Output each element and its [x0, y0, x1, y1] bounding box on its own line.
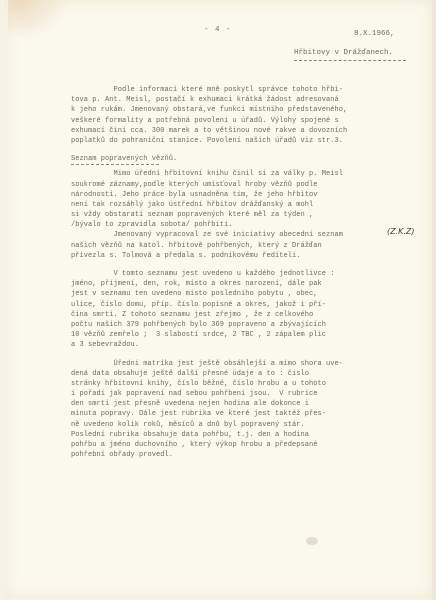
text-line: pohřbu a jméno duchovního , který výkop …	[71, 440, 416, 450]
text-line: počtu našich 379 pohřbených bylo 369 pop…	[71, 320, 416, 330]
text-line: Jmenovaný vypracoval ze své iniciativy a…	[71, 230, 416, 240]
text-line: tova p. Ant. Meisl, postačí k exhumaci k…	[71, 95, 416, 105]
text-line: ulice, číslo domu, příp. číslo popisné a…	[71, 300, 416, 310]
document-place-heading: Hřbitovy v Drážďanech.	[294, 49, 393, 57]
text-line: Mimo úřední hřbitovní knihu činil si za …	[71, 169, 416, 179]
text-line: a 3 sebevraždou.	[71, 340, 416, 350]
document-page: - 4 - 8.X.1966, Hřbitovy v Drážďanech. P…	[4, 0, 432, 598]
text-line: národnosti. Jeho práce byla usnadněna tí…	[71, 190, 416, 200]
text-line: k jeho rukám. Jmenovaný obstará,ve funkc…	[71, 105, 416, 115]
text-line: Úřední matrika jest ještě obsáhlejší a m…	[71, 359, 416, 369]
text-line: čina smrti. Z tohoto seznamu jest zřejmo…	[71, 310, 416, 320]
handwritten-margin-note: (Z.K.Z)	[387, 227, 415, 236]
text-line: dená data obsahuje ještě další přesné úd…	[71, 369, 416, 379]
text-line: /bývalo to zpravidla sobota/ pohřbíti.	[71, 220, 416, 230]
paragraph-1: Podle informací které mně poskytl správc…	[71, 85, 416, 146]
text-line: není tak rozsáhlý jako ústřední hřbitov …	[71, 200, 416, 210]
text-line: Podle informací které mně poskytl správc…	[71, 85, 416, 95]
document-body: Podle informací které mně poskytl správc…	[71, 85, 416, 460]
page-number: - 4 -	[204, 26, 232, 34]
scan-edge	[432, 0, 436, 600]
document-date: 8.X.1966,	[354, 30, 395, 38]
text-line: jest v seznamu ten uvedeno místo posledn…	[71, 289, 416, 299]
text-line: ně uvedeno kolik roků, měsíců a dnů byl …	[71, 420, 416, 430]
text-line: veškeré formality a potřebná povolení u …	[71, 116, 416, 126]
section-heading: Seznam popravených vězňů.	[71, 154, 416, 164]
paragraph-2: Mimo úřední hřbitovní knihu činil si za …	[71, 169, 416, 230]
paper-blemish	[306, 537, 318, 545]
text-line: poplatků do pohraniční stanice. Povolení…	[71, 136, 416, 146]
text-line: pohřební obřady provedl.	[71, 450, 416, 460]
paragraph-3: Jmenovaný vypracoval ze své iniciativy a…	[71, 230, 416, 261]
paper-stain	[8, 0, 68, 40]
text-line: jméno, příjmení, den, rok, místo a okres…	[71, 279, 416, 289]
text-line: 10 vězňů zemřelo ; 3 slabostí srdce, 2 T…	[71, 330, 416, 340]
paragraph-4: V tomto seznamu jest uvedeno u každého j…	[71, 269, 416, 351]
text-line: našich vězňů na katol. hřbitově pohřbený…	[71, 241, 416, 251]
text-line: stránky hřbitovní knihy, číslo běžné, čí…	[71, 379, 416, 389]
text-line: den smrti jest přesně uvedena nejen hodi…	[71, 399, 416, 409]
text-line: minuta popravy. Dále jest rubrika ve kte…	[71, 409, 416, 419]
text-line: přivezla s. Tolmová a předala s. podniko…	[71, 251, 416, 261]
text-line: V tomto seznamu jest uvedeno u každého j…	[71, 269, 416, 279]
text-line: soukromé záznamy,podle kterých umisťoval…	[71, 180, 416, 190]
place-underline	[294, 60, 406, 61]
text-line: Poslední rubrika obsahuje data pohřbu, t…	[71, 430, 416, 440]
text-line: si vždy obstarati seznam popravených kte…	[71, 210, 416, 220]
text-line: exhumací činí cca. 300 marek a to většin…	[71, 126, 416, 136]
section-heading-underline	[71, 164, 159, 165]
text-line: i pořadí jak popravení nad sebou pohřben…	[71, 389, 416, 399]
paragraph-5: Úřední matrika jest ještě obsáhlejší a m…	[71, 359, 416, 461]
